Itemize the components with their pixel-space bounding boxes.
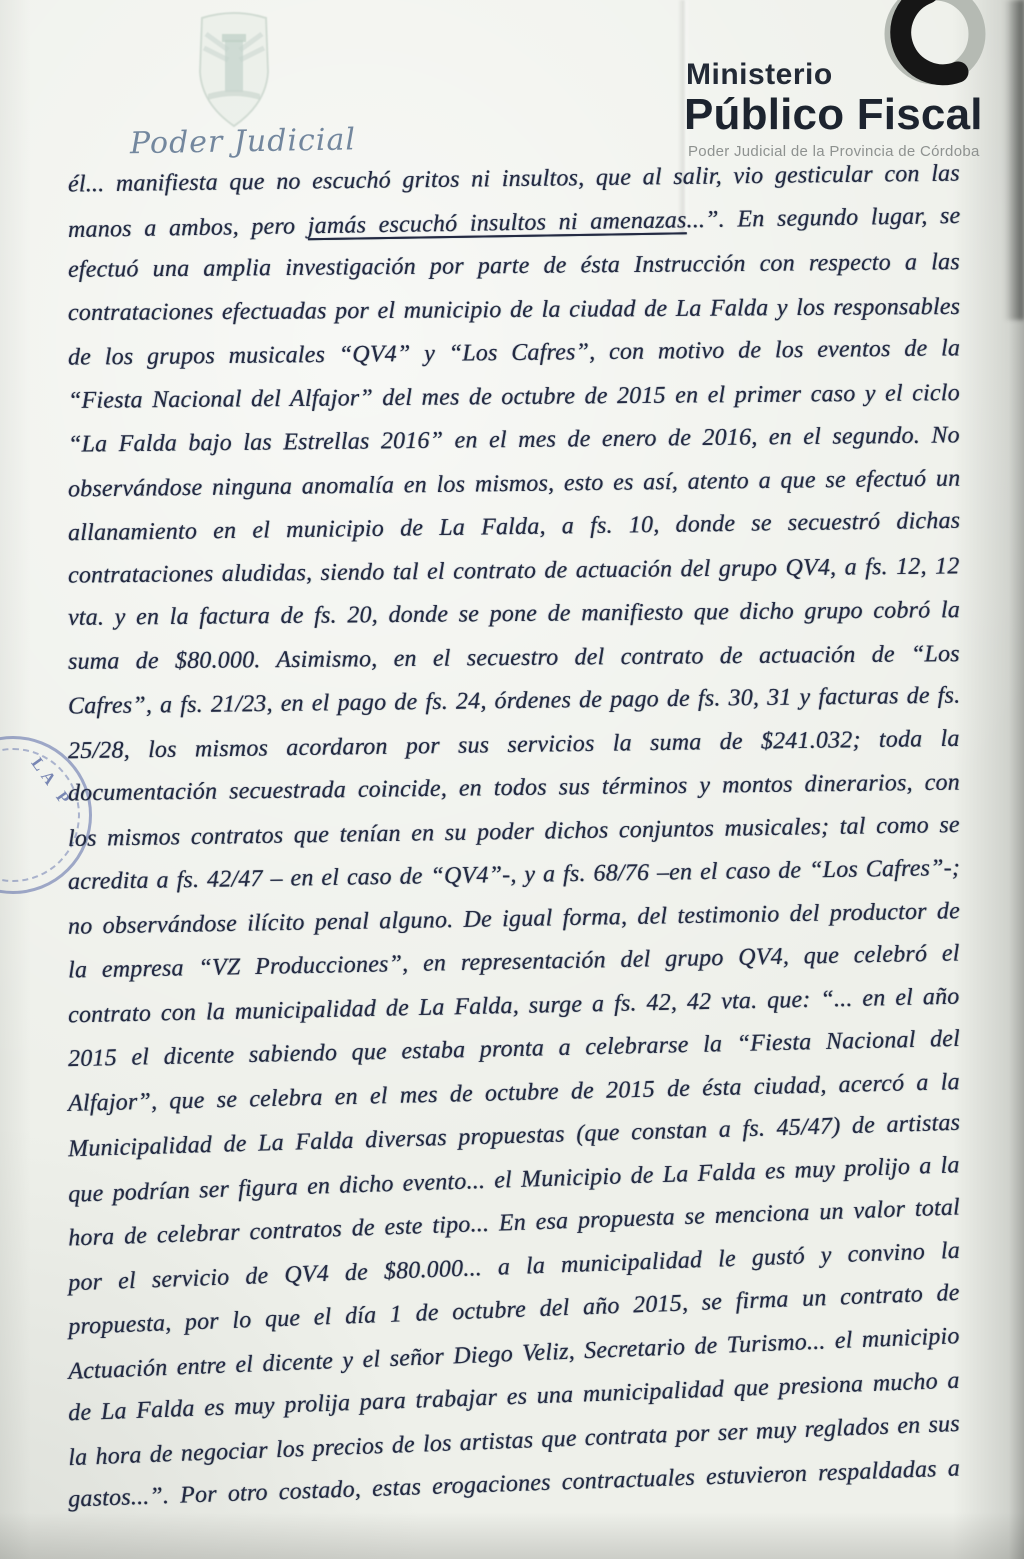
document-body: él... manifiesta que no escuchó gritos n… [68,158,960,1507]
document-line: vta. y en la factura de fs. 20, donde se… [68,589,960,640]
poder-judicial-watermark: Poder Judicial [130,122,391,162]
document-line: efectuó una amplia investigación por par… [68,241,960,292]
logo-publico-fiscal-label: Público Fiscal [684,90,983,140]
mpf-logo-icon [876,0,994,96]
coat-of-arms-icon [184,4,284,132]
scanned-document-page: Poder Judicial Ministerio Público Fiscal… [0,0,1024,1559]
document-line: de los grupos musicales “QV4” y “Los Caf… [68,327,960,380]
underlined-text: jamás escuchó insultos ni amenazas [308,207,687,239]
page-edge-shadow [1004,0,1024,320]
logo-ministerio-label: Ministerio [686,58,833,92]
document-line: contrataciones efectuadas por el municip… [68,285,960,335]
